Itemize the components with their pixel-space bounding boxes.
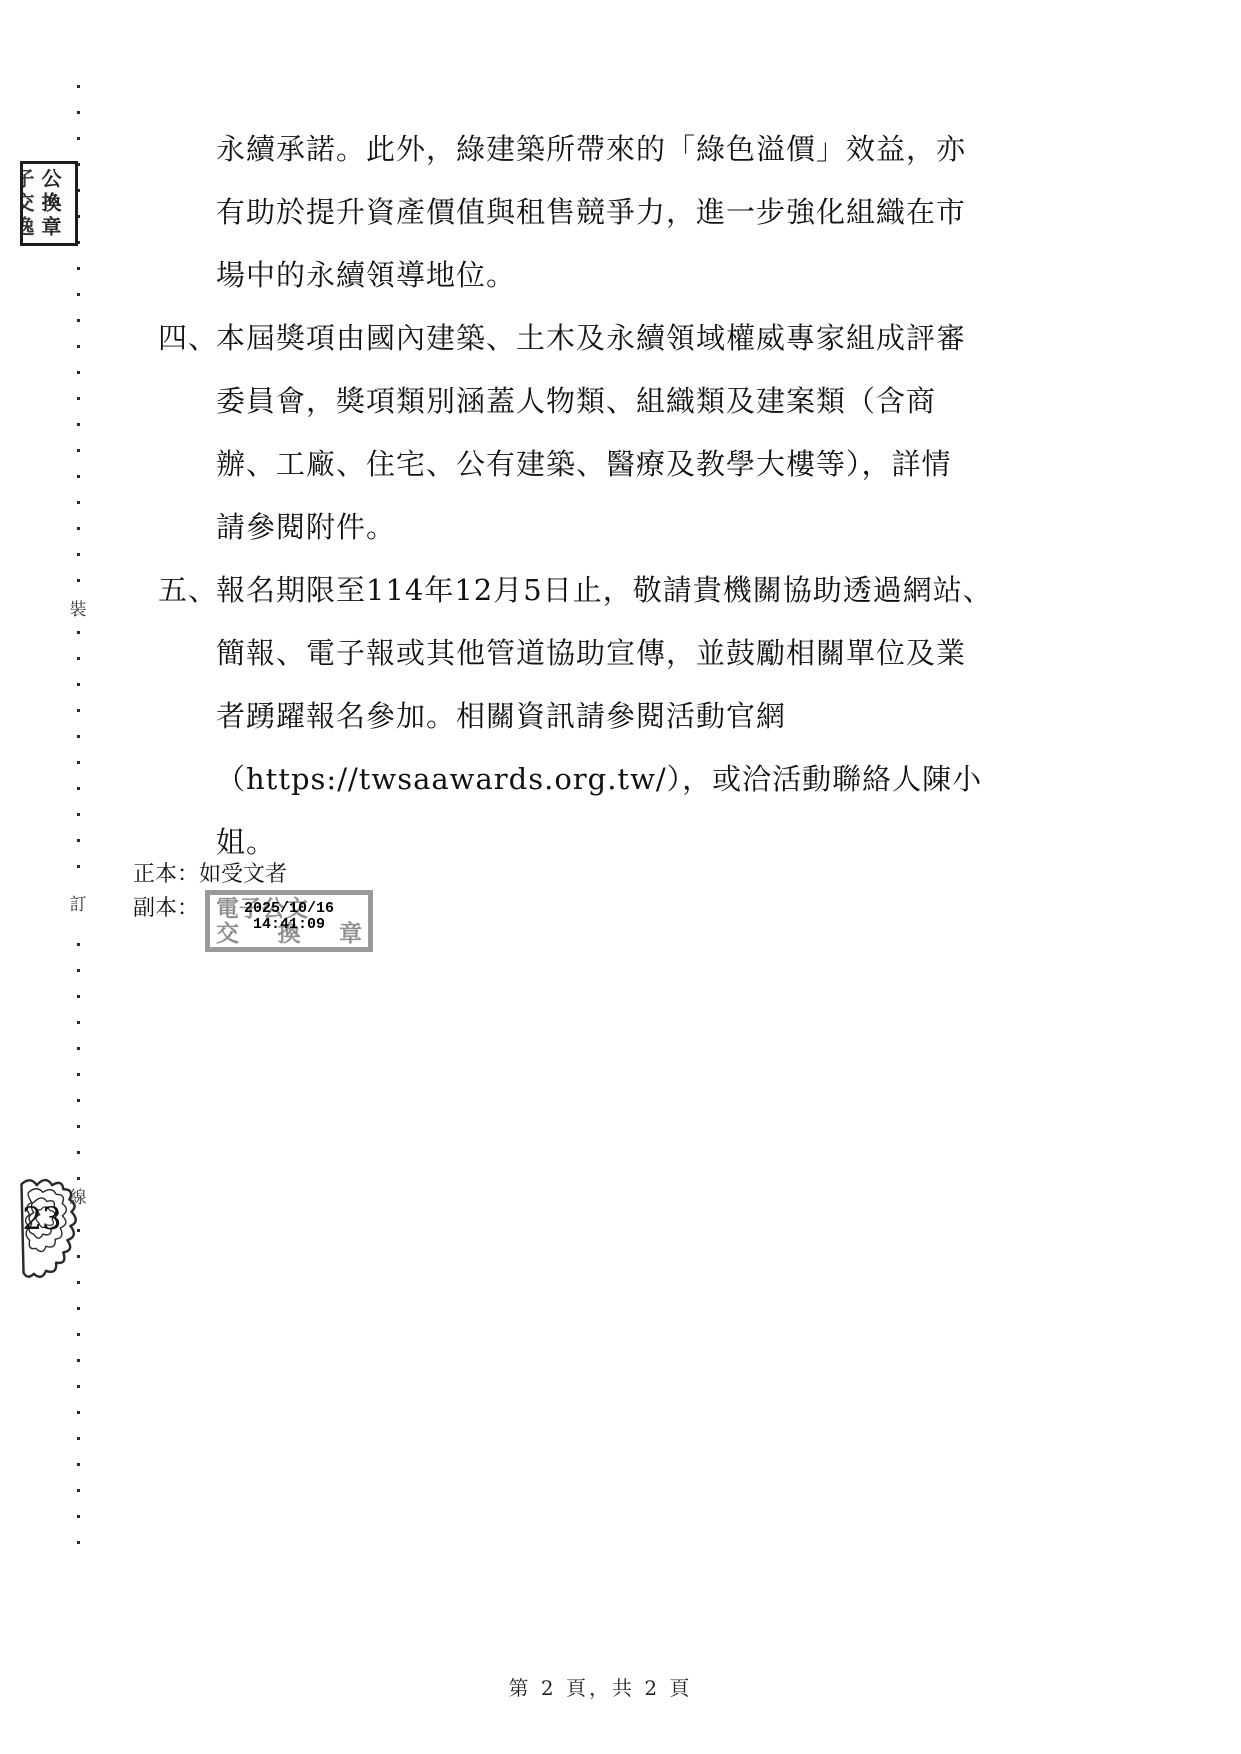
item-number: 五、 [158, 568, 216, 609]
page-footer: 第 2 頁，共 2 頁 [0, 1672, 1201, 1701]
line-text: 本屆獎項由國內建築、土木及永續領域權威專家組成評審 [216, 316, 966, 357]
text-line: 辦、工廠、住宅、公有建築、醫療及教學大樓等），詳情 [158, 431, 988, 494]
item-number: 四、 [158, 316, 216, 357]
seal-number: 23 [23, 1202, 62, 1237]
line-text: 辦、工廠、住宅、公有建築、醫療及教學大樓等），詳情 [216, 442, 952, 483]
text-line-item-4: 四、本屆獎項由國內建築、土木及永續領域權威專家組成評審 [158, 305, 988, 368]
text-line: 簡報、電子報或其他管道協助宣傳，並鼓勵相關單位及業 [158, 620, 988, 683]
document-page: 裝 訂 線 子交逸 公換章 永續承諾。此外，綠建築所帶來的「綠色溢價」效益，亦 … [0, 0, 1241, 1754]
text-line-item-5: 五、報名期限至114年12月5日止，敬請貴機關協助透過網站、 [158, 557, 988, 620]
perforation-seal: 23 [18, 1176, 78, 1282]
copy-label: 副本： [133, 892, 199, 926]
text-line: 請參閱附件。 [158, 494, 988, 557]
original-copy-row: 正本： 如受文者 [133, 858, 373, 892]
text-line: 委員會，獎項類別涵蓋人物類、組織類及建案類（含商 [158, 368, 988, 431]
electronic-exchange-stamp: 電子公文 交 換 章 2025/10/16 14:41:09 [205, 890, 373, 952]
text-line: 者踴躍報名參加。相關資訊請參閱活動官網 [158, 683, 988, 746]
carbon-copy-row: 副本： 電子公文 交 換 章 2025/10/16 14:41:09 [133, 892, 373, 952]
margin-mark-binding: 裝 [69, 595, 88, 626]
line-text: 姐。 [216, 820, 276, 861]
text-line: 有助於提升資產價值與租售競爭力，進一步強化組織在市 [158, 179, 988, 242]
exchange-stamp-datetime: 2025/10/16 14:41:09 [210, 901, 368, 933]
exchange-stamp-time: 14:41:09 [210, 917, 368, 933]
body-text: 永續承諾。此外，綠建築所帶來的「綠色溢價」效益，亦 有助於提升資產價值與租售競爭… [158, 116, 988, 872]
copies-block: 正本： 如受文者 副本： 電子公文 交 換 章 2025/10/16 14:41… [133, 858, 373, 952]
margin-mark-staple: 訂 [69, 890, 88, 921]
line-text: 委員會，獎項類別涵蓋人物類、組織類及建案類（含商 [216, 379, 936, 420]
line-text: 報名期限至114年12月5日止，敬請貴機關協助透過網站、 [216, 568, 993, 609]
line-text: 永續承諾。此外，綠建築所帶來的「綠色溢價」效益，亦 [216, 127, 966, 168]
corner-stamp-left-column: 子交逸 [20, 168, 35, 240]
line-text: 請參閱附件。 [216, 505, 396, 546]
original-label: 正本： [133, 858, 199, 892]
text-line-url: （https://twsaawards.org.tw/），或洽活動聯絡人陳小 [158, 746, 988, 809]
original-value: 如受文者 [199, 858, 287, 892]
line-text: （https://twsaawards.org.tw/），或洽活動聯絡人陳小 [216, 757, 982, 798]
text-line: 場中的永續領導地位。 [158, 242, 988, 305]
line-text: 者踴躍報名參加。相關資訊請參閱活動官網 [216, 694, 786, 735]
line-text: 場中的永續領導地位。 [216, 253, 516, 294]
binding-dotted-line [77, 85, 80, 1547]
line-text: 簡報、電子報或其他管道協助宣傳，並鼓勵相關單位及業 [216, 631, 966, 672]
corner-stamp-right-column: 公換章 [38, 168, 62, 240]
exchange-stamp-date: 2025/10/16 [210, 901, 368, 917]
corner-exchange-stamp: 子交逸 公換章 [20, 161, 78, 246]
line-text: 有助於提升資產價值與租售競爭力，進一步強化組織在市 [216, 190, 966, 231]
text-line: 永續承諾。此外，綠建築所帶來的「綠色溢價」效益，亦 [158, 116, 988, 179]
